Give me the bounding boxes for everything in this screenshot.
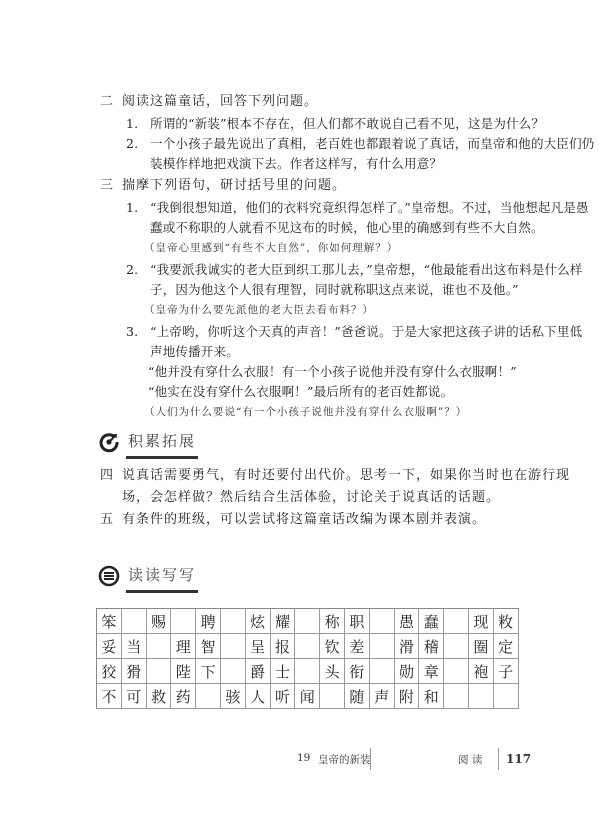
question-two-item-2: 2.一个小孩子最先说出了真相，老百姓也都跟着说了真话，而皇帝和他的大臣们仍 (126, 134, 595, 154)
textbook-page: 二阅读这篇童话，回答下列问题。 1.所谓的“新装”根本不存在，但人们都不敢说自己… (0, 0, 600, 815)
section-title: 积累拓展 (128, 430, 196, 454)
vocabulary-grid: 笨赐聘炫耀称职愚蠢现敉妥当理智呈报钦差滑稽圈定狡猾陛下爵士头衔勋章袍子不可救药骇… (96, 608, 519, 709)
question-number: 三 (100, 176, 116, 196)
empty-cell (444, 634, 469, 659)
vocab-char-cell: 理 (171, 634, 196, 659)
empty-cell (221, 634, 246, 659)
empty-cell (370, 609, 395, 634)
vocab-char-cell: 听 (271, 684, 296, 709)
question-three-item-2: 2.“我要派我诚实的老大臣到织工那儿去，”皇帝想，“他最能看出这布料是什么样 (126, 260, 583, 280)
list-circle-icon (98, 565, 120, 587)
vocab-char-cell: 不 (97, 684, 122, 709)
vocab-char-cell: 滑 (395, 634, 420, 659)
empty-cell (444, 684, 469, 709)
question-two-heading: 二阅读这篇童话，回答下列问题。 (100, 92, 318, 112)
vocab-char-cell: 报 (271, 634, 296, 659)
empty-cell (147, 634, 172, 659)
vocab-char-cell: 聘 (196, 609, 221, 634)
footer-divider (370, 748, 371, 770)
section-title: 读读写写 (128, 564, 196, 588)
vocab-char-cell: 头 (320, 659, 345, 684)
question-three-item-1-cont: 蠢或不称职的人就看不见这布的时候，他心里的确感到有些不大自然。 (150, 218, 544, 238)
question-three-item-3: 3.“上帝哟，你听这个天真的声音！”爸爸说。于是大家把这孩子讲的话私下里低 (126, 322, 582, 342)
question-four: 四说真话需要勇气，有时还要付出代价。思考一下，如果你当时也在游行现 (100, 466, 570, 486)
vocab-char-cell: 骇 (221, 684, 246, 709)
vocab-char-cell: 和 (419, 684, 444, 709)
vocab-char-cell: 救 (147, 684, 172, 709)
empty-cell (221, 659, 246, 684)
question-number: 二 (100, 92, 116, 112)
question-three-heading: 三揣摩下列语句，研讨括号里的问题。 (100, 176, 346, 196)
empty-cell (295, 659, 320, 684)
question-two-item-1: 1.所谓的“新装”根本不存在，但人们都不敢说自己看不见，这是为什么？ (126, 114, 544, 134)
vocab-char-cell: 衔 (345, 659, 370, 684)
vocab-char-cell: 闻 (295, 684, 320, 709)
vocab-char-cell: 愚 (395, 609, 420, 634)
footer-lesson-title: 皇帝的新装 (318, 752, 371, 767)
question-three-quote-2: “他实在没有穿什么衣服啊！”最后所有的老百姓都说。 (148, 382, 453, 402)
vocab-char-cell: 职 (345, 609, 370, 634)
vocab-char-cell: 随 (345, 684, 370, 709)
vocab-char-cell: 声 (370, 684, 395, 709)
empty-cell (494, 684, 519, 709)
vocab-char-cell: 稽 (419, 634, 444, 659)
vocab-char-cell: 人 (246, 684, 271, 709)
vocab-char-cell: 下 (196, 659, 221, 684)
page-number: 117 (506, 752, 531, 766)
question-hint: （人们为什么要说“有一个小孩子说他并没有穿什么衣服啊”？） (144, 402, 467, 422)
question-hint: （皇帝心里感到“有些不大自然”，你如何理解？） (144, 238, 398, 258)
vocab-char-cell: 称 (320, 609, 345, 634)
question-three-quote-1: “他并没有穿什么衣服！有一个小孩子说他并没有穿什么衣服啊！” (148, 362, 517, 382)
empty-cell (320, 684, 345, 709)
empty-cell (221, 609, 246, 634)
vocab-char-cell: 袍 (469, 659, 494, 684)
section-reading-header: 读读写写 (98, 562, 196, 590)
empty-cell (295, 609, 320, 634)
footer-section: 阅 读 (458, 752, 482, 767)
vocab-char-cell: 子 (494, 659, 519, 684)
vocab-char-cell: 狡 (97, 659, 122, 684)
vocab-char-cell: 附 (395, 684, 420, 709)
vocab-char-cell: 笨 (97, 609, 122, 634)
vocab-char-cell: 勋 (395, 659, 420, 684)
footer-divider (498, 748, 499, 770)
question-three-item-2-cont: 子，因为他这个人很有理智，同时就称职这点来说，谁也不及他。” (150, 280, 519, 300)
empty-cell (171, 609, 196, 634)
section-extension-header: 积累拓展 (98, 428, 196, 456)
vocab-char-cell: 爵 (246, 659, 271, 684)
vocab-char-cell: 妥 (97, 634, 122, 659)
question-five: 五有条件的班级，可以尝试将这篇童话改编为课本剧并表演。 (100, 510, 486, 530)
vocab-char-cell: 敉 (494, 609, 519, 634)
question-heading: 揣摩下列语句，研讨括号里的问题。 (122, 178, 346, 193)
vocab-char-cell: 章 (419, 659, 444, 684)
vocab-char-cell: 圈 (469, 634, 494, 659)
question-three-item-1: 1.“我倒很想知道，他们的衣料究竟织得怎样了。”皇帝想。不过，当他想起凡是愚 (126, 198, 589, 218)
vocab-char-cell: 定 (494, 634, 519, 659)
question-three-item-3-cont: 声地传播开来。 (150, 342, 239, 362)
vocab-char-cell: 差 (345, 634, 370, 659)
vocab-char-cell: 猾 (122, 659, 147, 684)
vocab-char-cell: 呈 (246, 634, 271, 659)
question-two-item-2-cont: 装模作样地把戏演下去。作者这样写，有什么用意？ (150, 154, 442, 174)
vocab-char-cell: 智 (196, 634, 221, 659)
spiral-arrow-icon (98, 431, 120, 453)
vocab-char-cell: 钦 (320, 634, 345, 659)
footer-lesson-number: 19 (297, 752, 310, 764)
vocab-char-cell: 当 (122, 634, 147, 659)
vocab-char-cell: 现 (469, 609, 494, 634)
vocab-char-cell: 蠢 (419, 609, 444, 634)
vocab-char-cell: 药 (171, 684, 196, 709)
question-heading: 阅读这篇童话，回答下列问题。 (122, 94, 318, 109)
empty-cell (122, 609, 147, 634)
empty-cell (444, 609, 469, 634)
question-hint: （皇帝为什么要先派他的老大臣去看布料？） (144, 300, 374, 320)
vocab-char-cell: 可 (122, 684, 147, 709)
vocab-char-cell: 陛 (171, 659, 196, 684)
empty-cell (469, 684, 494, 709)
question-four-cont: 场，会怎样做？然后结合生活体验，讨论关于说真话的话题。 (122, 488, 500, 508)
empty-cell (196, 684, 221, 709)
empty-cell (370, 659, 395, 684)
empty-cell (444, 659, 469, 684)
vocab-char-cell: 炫 (246, 609, 271, 634)
vocab-char-cell: 耀 (271, 609, 296, 634)
empty-cell (147, 659, 172, 684)
empty-cell (370, 634, 395, 659)
vocab-char-cell: 赐 (147, 609, 172, 634)
empty-cell (295, 634, 320, 659)
vocab-char-cell: 士 (271, 659, 296, 684)
